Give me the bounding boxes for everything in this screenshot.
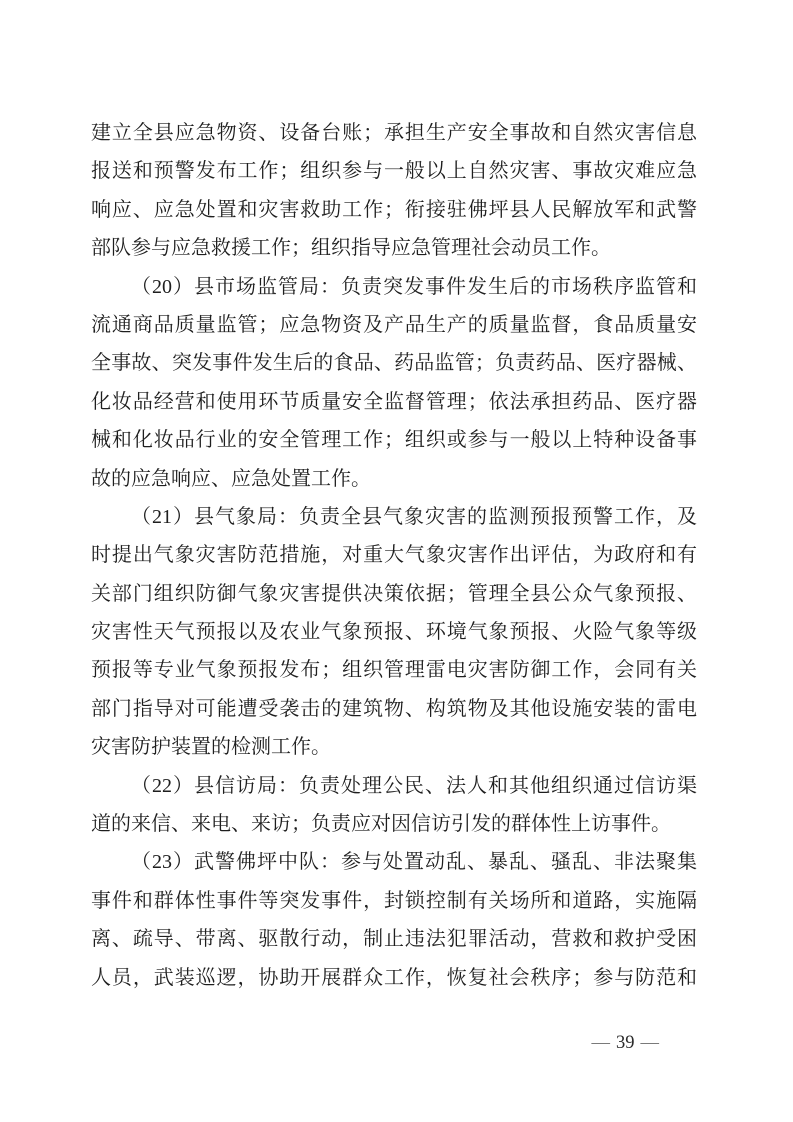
paragraph: （20）县市场监管局：负责突发事件发生后的市场秩序监管和流通商品质量监管；应急物… [91,268,697,498]
footer-dash-right: — [635,1033,666,1053]
text-line: 械和化妆品行业的安全管理工作；组织或参与一般以上特种设备事 [91,421,697,459]
text-line: （21）县气象局：负责全县气象灾害的监测预报预警工作，及 [91,498,697,536]
text-line: 部队参与应急救援工作；组织指导应急管理社会动员工作。 [91,229,697,267]
text-line: 报送和预警发布工作；组织参与一般以上自然灾害、事故灾难应急 [91,152,697,190]
text-line: 灾害性天气预报以及农业气象预报、环境气象预报、火险气象等级 [91,613,697,651]
text-line: 关部门组织防御气象灾害提供决策依据；管理全县公众气象预报、 [91,575,697,613]
text-line: （22）县信访局：负责处理公民、法人和其他组织通过信访渠 [91,767,697,805]
page-footer: —39— [586,1030,666,1056]
document-body: 建立全县应急物资、设备台账；承担生产安全事故和自然灾害信息报送和预警发布工作；组… [91,114,697,997]
text-line: 建立全县应急物资、设备台账；承担生产安全事故和自然灾害信息 [91,114,697,152]
page-number: 39 [616,1033,635,1053]
text-line: 化妆品经营和使用环节质量安全监督管理；依法承担药品、医疗器 [91,383,697,421]
paragraph: （22）县信访局：负责处理公民、法人和其他组织通过信访渠道的来信、来电、来访；负… [91,767,697,844]
text-line: 时提出气象灾害防范措施，对重大气象灾害作出评估，为政府和有 [91,536,697,574]
text-line: （20）县市场监管局：负责突发事件发生后的市场秩序监管和 [91,268,697,306]
paragraph: 建立全县应急物资、设备台账；承担生产安全事故和自然灾害信息报送和预警发布工作；组… [91,114,697,268]
text-line: 离、疏导、带离、驱散行动，制止违法犯罪活动，营救和救护受困 [91,920,697,958]
footer-dash-left: — [586,1033,617,1053]
text-line: 道的来信、来电、来访；负责应对因信访引发的群体性上访事件。 [91,805,697,843]
text-line: 故的应急响应、应急处置工作。 [91,460,697,498]
text-line: 响应、应急处置和灾害救助工作；衔接驻佛坪县人民解放军和武警 [91,191,697,229]
document-page: 建立全县应急物资、设备台账；承担生产安全事故和自然灾害信息报送和预警发布工作；组… [0,0,793,1122]
paragraph: （23）武警佛坪中队：参与处置动乱、暴乱、骚乱、非法聚集事件和群体性事件等突发事… [91,843,697,997]
text-line: 全事故、突发事件发生后的食品、药品监管；负责药品、医疗器械、 [91,344,697,382]
text-line: 部门指导对可能遭受袭击的建筑物、构筑物及其他设施安装的雷电 [91,690,697,728]
text-line: 事件和群体性事件等突发事件，封锁控制有关场所和道路，实施隔 [91,882,697,920]
text-line: （23）武警佛坪中队：参与处置动乱、暴乱、骚乱、非法聚集 [91,843,697,881]
text-line: 流通商品质量监管；应急物资及产品生产的质量监督，食品质量安 [91,306,697,344]
text-line: 人员，武装巡逻，协助开展群众工作，恢复社会秩序；参与防范和 [91,959,697,997]
text-line: 灾害防护装置的检测工作。 [91,728,697,766]
text-line: 预报等专业气象预报发布；组织管理雷电灾害防御工作，会同有关 [91,651,697,689]
paragraph: （21）县气象局：负责全县气象灾害的监测预报预警工作，及时提出气象灾害防范措施，… [91,498,697,767]
